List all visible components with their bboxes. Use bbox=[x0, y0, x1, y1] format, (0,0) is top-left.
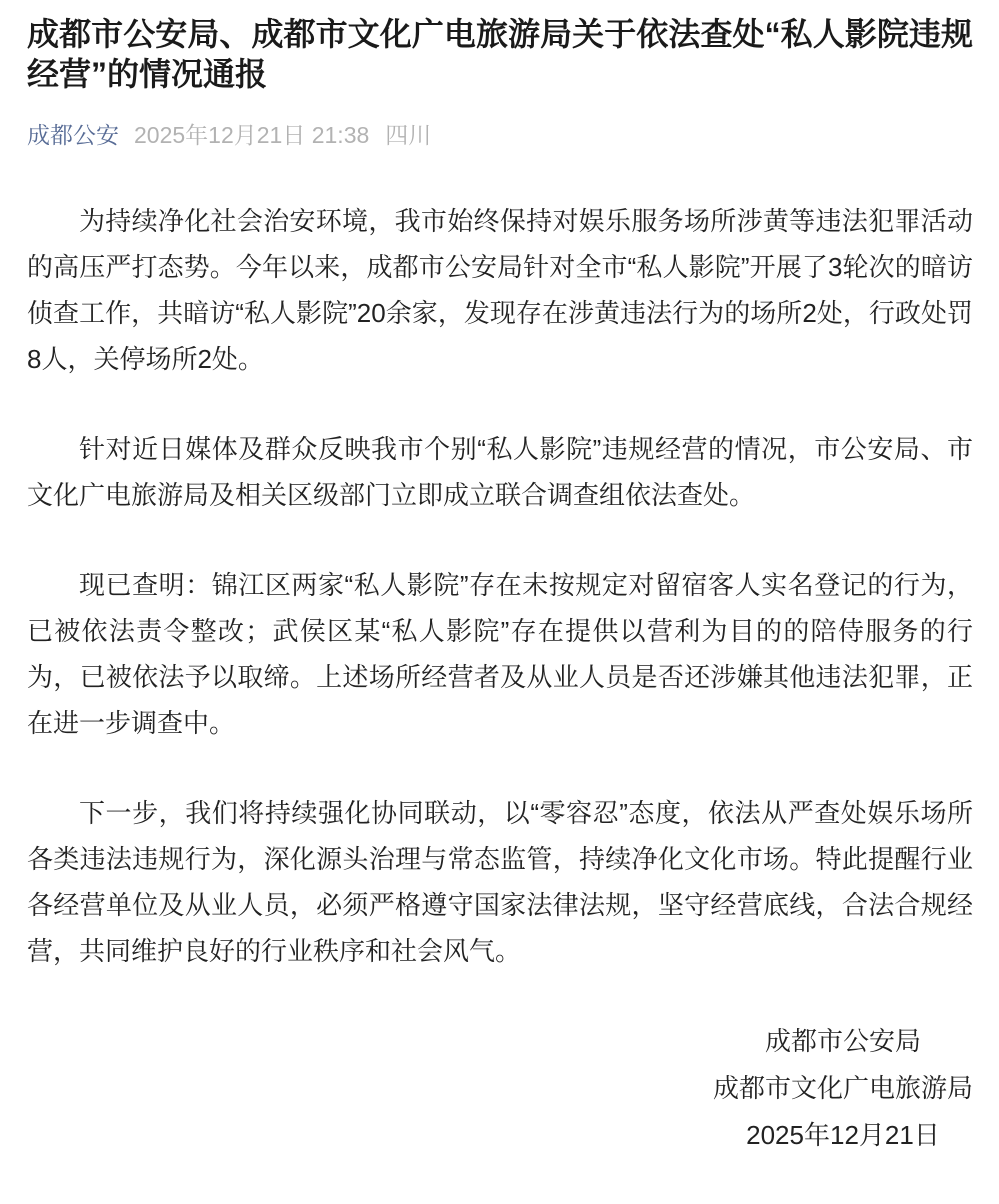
article-paragraph: 针对近日媒体及群众反映我市个别“私人影院”违规经营的情况，市公安局、市文化广电旅… bbox=[27, 426, 973, 518]
page-title: 成都市公安局、成都市文化广电旅游局关于依法查处“私人影院违规经营”的情况通报 bbox=[27, 14, 973, 94]
publish-region: 四川 bbox=[385, 122, 431, 148]
signature-agency-police: 成都市公安局 bbox=[713, 1018, 973, 1065]
article-paragraph: 现已查明：锦江区两家“私人影院”存在未按规定对留宿客人实名登记的行为，已被依法责… bbox=[27, 562, 973, 746]
notice-article: 成都市公安局、成都市文化广电旅游局关于依法查处“私人影院违规经营”的情况通报 成… bbox=[0, 0, 999, 1159]
article-meta: 成都公安2025年12月21日 21:38四川 bbox=[27, 122, 973, 148]
account-name-link[interactable]: 成都公安 bbox=[27, 122, 119, 148]
publish-datetime: 2025年12月21日 21:38 bbox=[134, 122, 369, 148]
signature-block: 成都市公安局 成都市文化广电旅游局 2025年12月21日 bbox=[713, 1018, 973, 1159]
article-paragraph: 下一步，我们将持续强化协同联动，以“零容忍”态度，依法从严查处娱乐场所各类违法违… bbox=[27, 790, 973, 974]
signature-agency-culture-tourism: 成都市文化广电旅游局 bbox=[713, 1065, 973, 1112]
article-body: 为持续净化社会治安环境，我市始终保持对娱乐服务场所涉黄等违法犯罪活动的高压严打态… bbox=[27, 198, 973, 1159]
article-paragraph: 为持续净化社会治安环境，我市始终保持对娱乐服务场所涉黄等违法犯罪活动的高压严打态… bbox=[27, 198, 973, 382]
signature-date: 2025年12月21日 bbox=[713, 1112, 973, 1159]
